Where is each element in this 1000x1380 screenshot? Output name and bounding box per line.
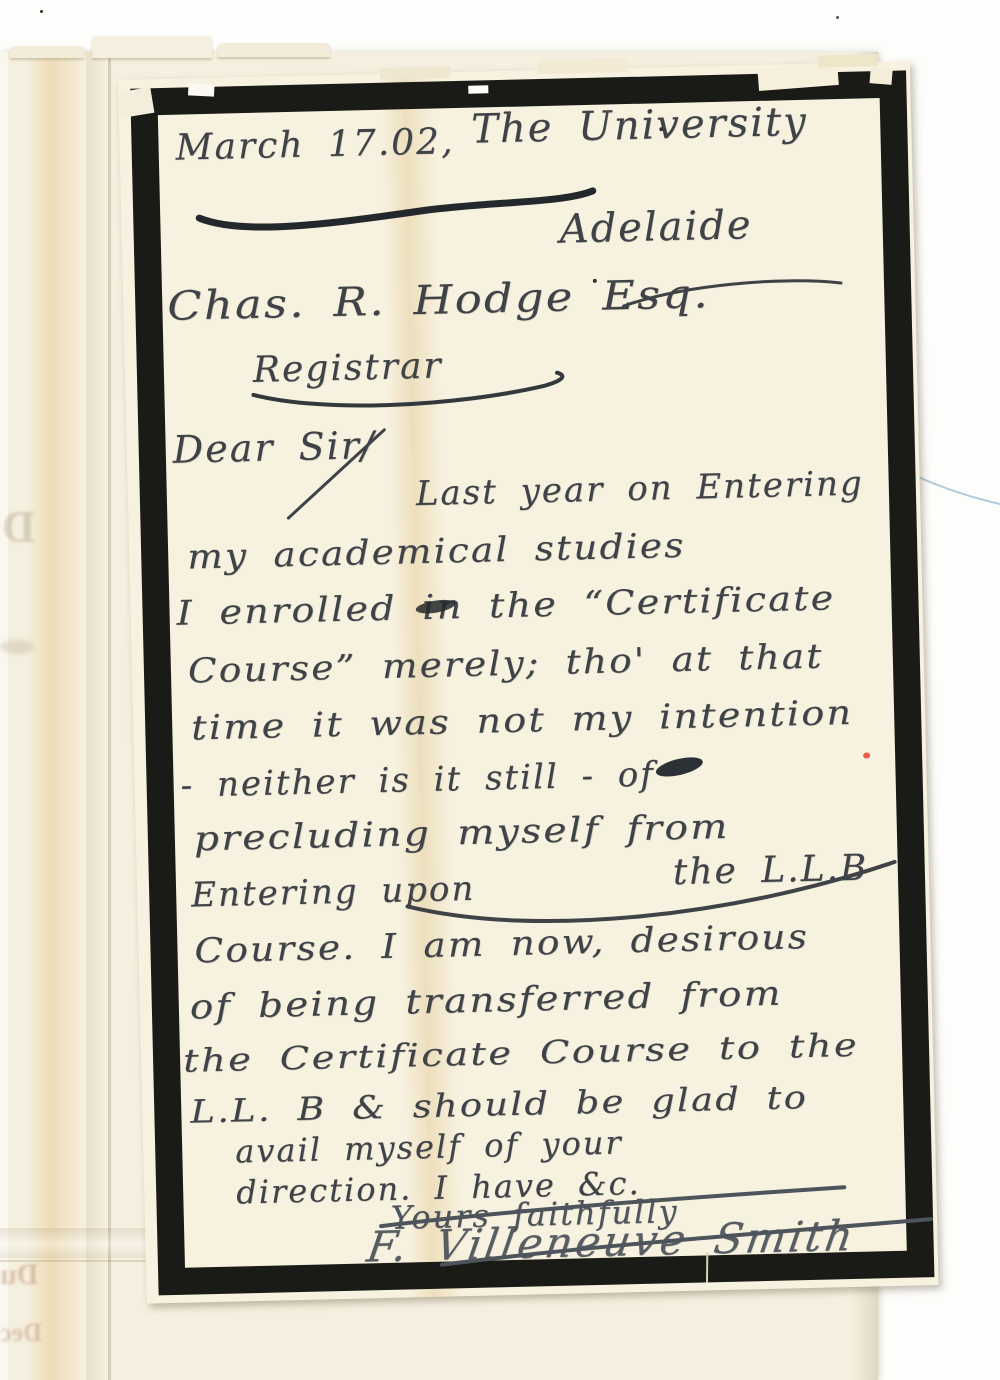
valediction-strikethrough (380, 1187, 845, 1226)
showthrough-ghost-text: D (2, 500, 35, 553)
salutation-slash (286, 430, 386, 518)
signature-cross-stroke (441, 1219, 932, 1265)
overwrite-blot (415, 597, 456, 615)
paper-top-tab (218, 43, 330, 57)
showthrough-ghost-text: Du (0, 1258, 38, 1292)
registrar-underline (253, 373, 563, 409)
paper-edge-highlight (0, 52, 8, 1380)
ink-flourishes (118, 61, 939, 1303)
scan-speck (836, 16, 839, 19)
showthrough-ghost-text: Dec (0, 1318, 42, 1348)
scan-speck (40, 10, 43, 13)
scanned-letter: D Du Dec (0, 0, 1000, 1380)
showthrough-smudge (0, 640, 34, 654)
fold-soft-band (86, 52, 106, 1380)
vertical-crease (108, 52, 111, 1380)
date-underline-swash (199, 191, 594, 229)
upon-llb-connector (407, 862, 896, 925)
letter-page: March 17.02, The University Adelaide Cha… (118, 61, 939, 1303)
paper-top-tab (92, 36, 212, 58)
paper-top-tab (10, 46, 84, 58)
fold-discoloration-band (26, 52, 80, 1380)
blue-pencil-mark (914, 470, 1000, 514)
ink-blot (654, 754, 704, 781)
esq-flourish (623, 280, 841, 307)
